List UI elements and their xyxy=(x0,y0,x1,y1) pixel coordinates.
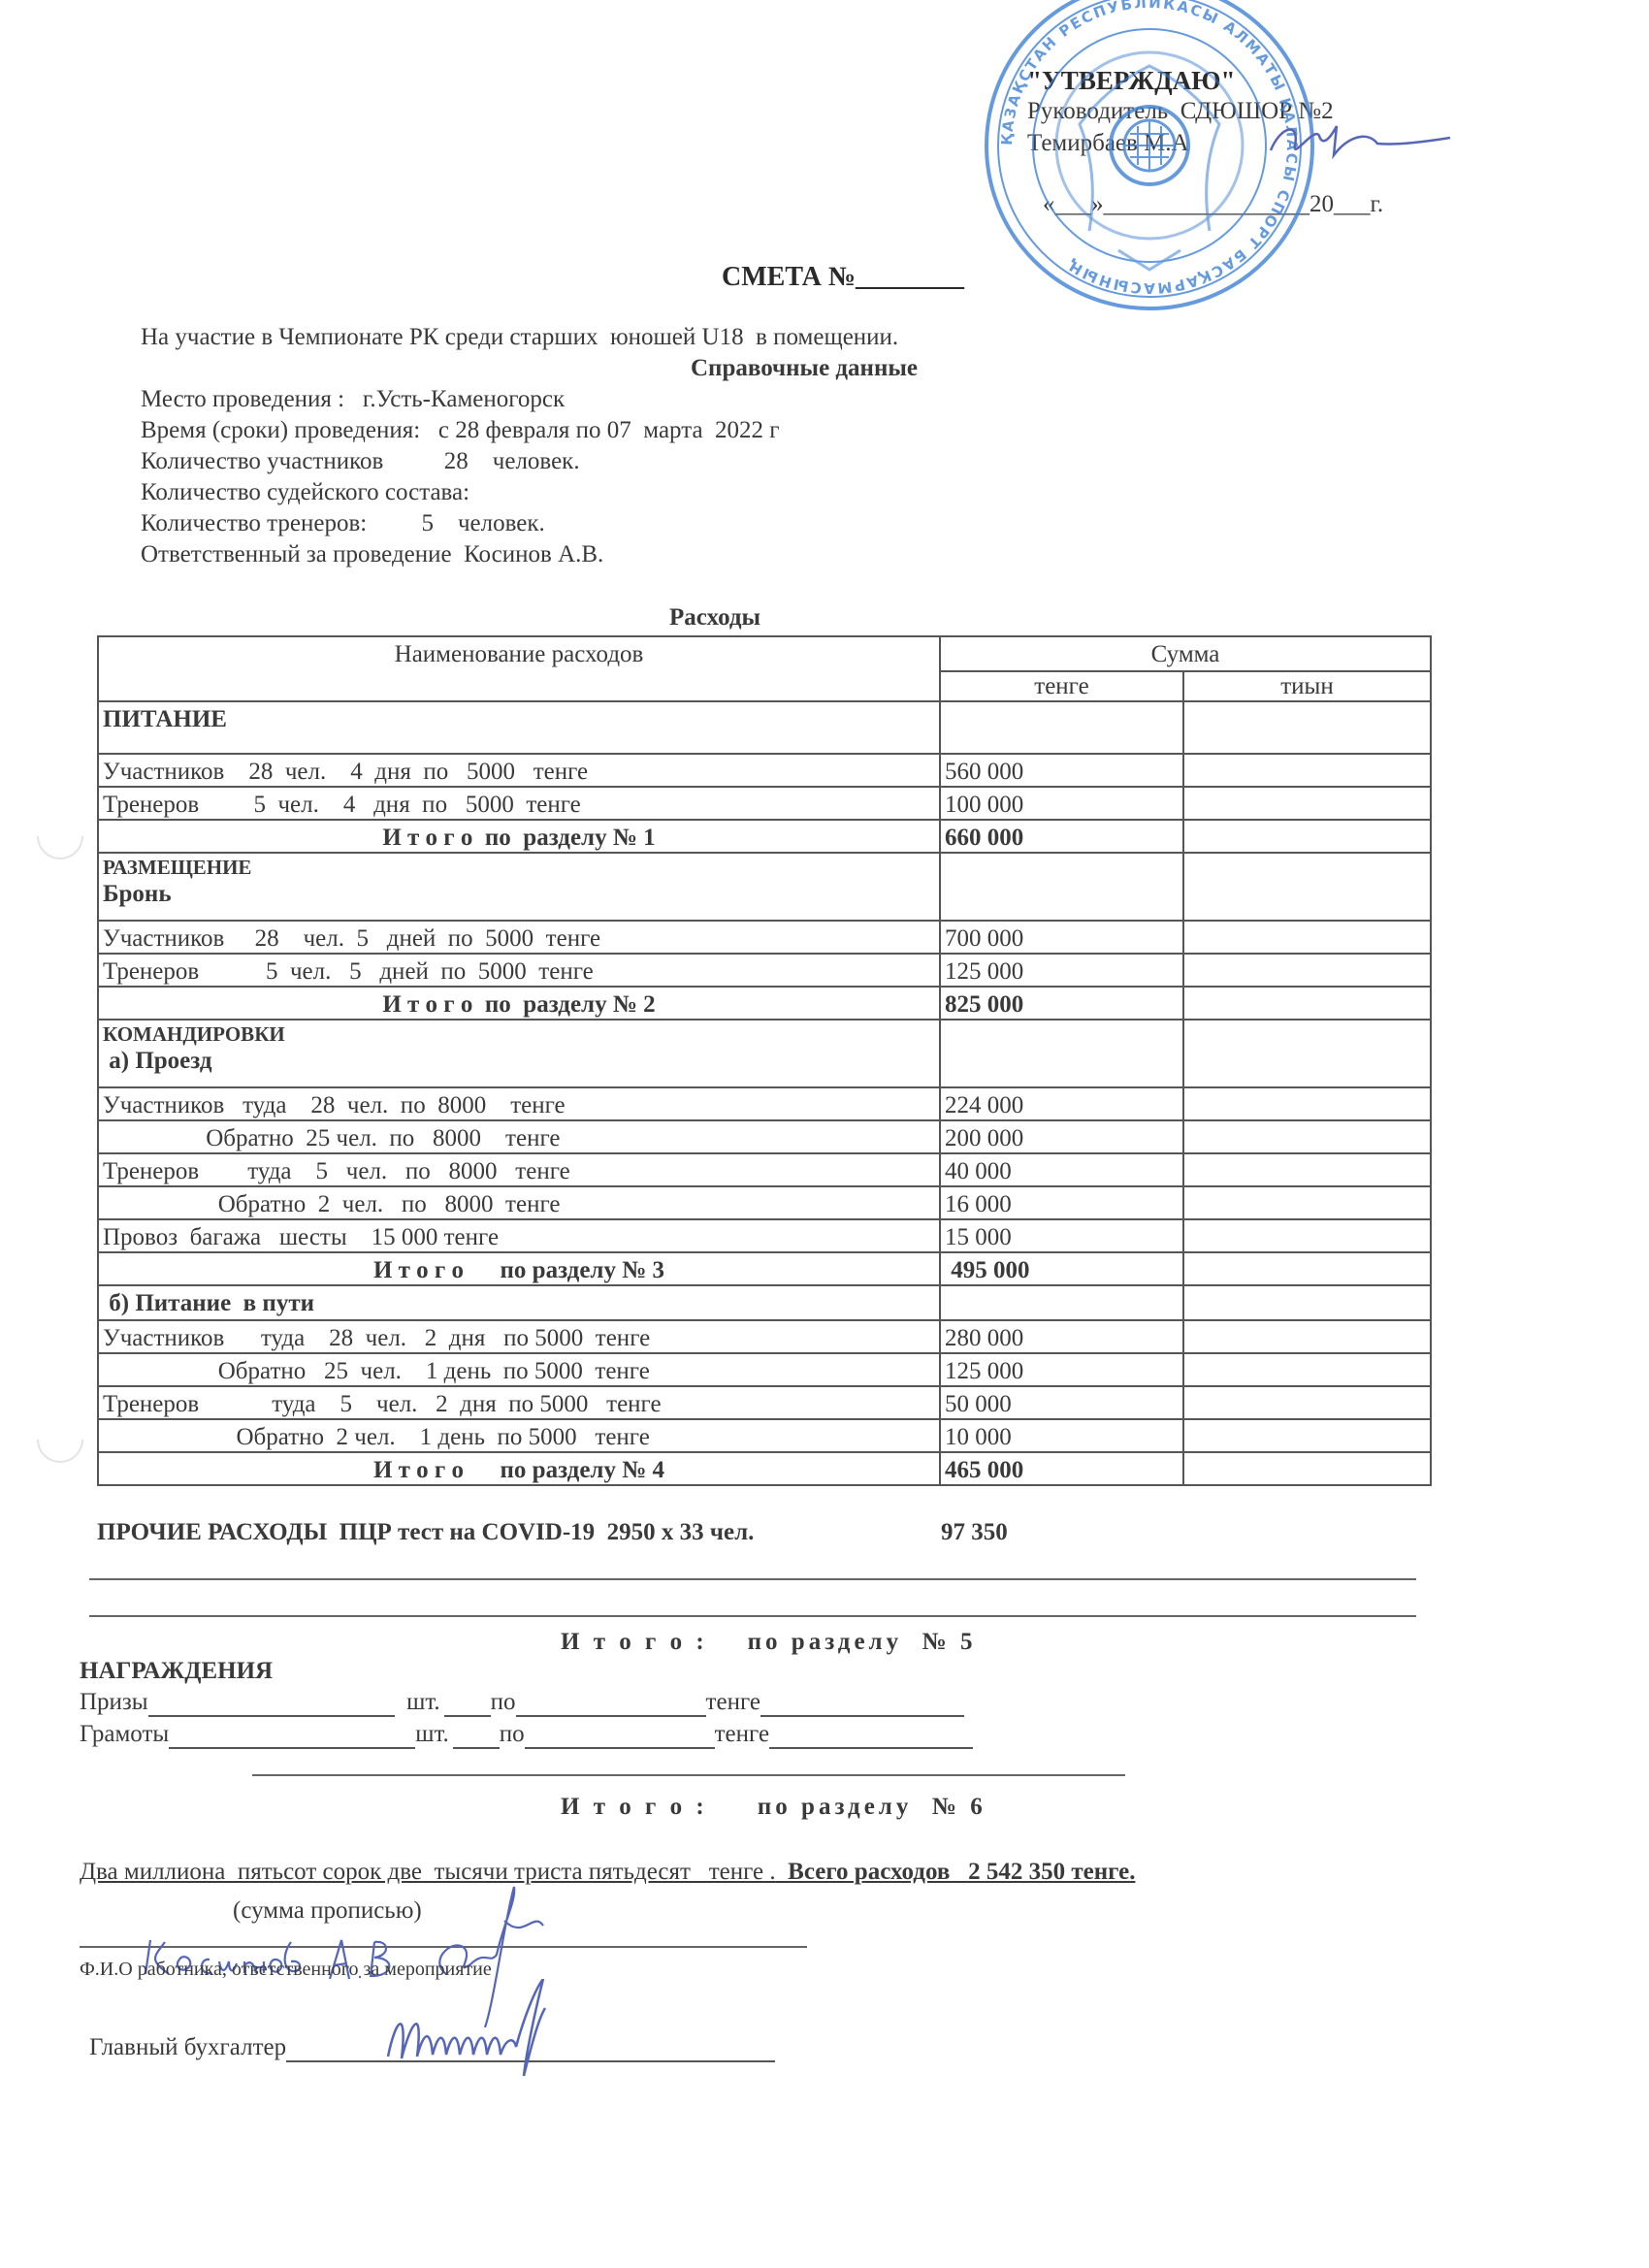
table-row: Обратно 2 чел. 1 день по 5000 тенге10 00… xyxy=(98,1419,1431,1452)
expense-name: РАЗМЕЩЕНИЕБронь xyxy=(98,853,940,921)
amount-tenge xyxy=(940,701,1183,754)
prizes-qty-field[interactable] xyxy=(444,1692,491,1717)
prizes-total-field[interactable] xyxy=(760,1692,964,1717)
blank-line xyxy=(89,1615,1416,1617)
awards-diplomas-line: Грамотышт.потенге xyxy=(80,1720,973,1749)
amount-tenge: 825 000 xyxy=(940,987,1183,1020)
expense-name: Провоз багажа шесты 15 000 тенге xyxy=(98,1219,940,1252)
table-row: Провоз багажа шесты 15 000 тенге15 000 xyxy=(98,1219,1431,1252)
amount-tenge: 15 000 xyxy=(940,1219,1183,1252)
expense-name: И т о г о по разделу № 1 xyxy=(98,820,940,853)
table-row: Тренеров туда 5 чел. по 8000 тенге40 000 xyxy=(98,1153,1431,1186)
amount-tenge xyxy=(940,853,1183,921)
amount-tiyn xyxy=(1183,1153,1431,1186)
header-name: Наименование расходов xyxy=(98,636,940,701)
reference-participants: Количество участников 28 человек. xyxy=(141,447,580,476)
expense-name: И т о г о по разделу № 4 xyxy=(98,1452,940,1485)
table-row: Обратно 2 чел. по 8000 тенге16 000 xyxy=(98,1186,1431,1219)
responsible-caption: Ф.И.О работника, ответственного за мероп… xyxy=(80,1959,492,1981)
amount-tenge: 280 000 xyxy=(940,1320,1183,1353)
total-in-words: Два миллиона пятьсот сорок две тысячи тр… xyxy=(80,1858,1135,1887)
prizes-price-field[interactable] xyxy=(516,1692,706,1717)
approval-name: Темирбаев М.А xyxy=(1027,129,1189,158)
section-6-total: И т о г о : по разделу № 6 xyxy=(561,1793,986,1822)
amount-tiyn xyxy=(1183,954,1431,987)
amount-tenge: 224 000 xyxy=(940,1087,1183,1120)
expense-name: Тренеров 5 чел. 4 дня по 5000 тенге xyxy=(98,787,940,820)
amount-tiyn xyxy=(1183,987,1431,1020)
amount-tiyn xyxy=(1183,1452,1431,1485)
table-total-row: И т о г о по разделу № 1660 000 xyxy=(98,820,1431,853)
diplomas-price-field[interactable] xyxy=(525,1724,715,1749)
amount-tenge: 16 000 xyxy=(940,1186,1183,1219)
amount-tiyn xyxy=(1183,1020,1431,1087)
other-expenses-amount: 97 350 xyxy=(941,1518,1008,1547)
table-total-row: И т о г о по разделу № 2825 000 xyxy=(98,987,1431,1020)
sum-words-text: Два миллиона пятьсот сорок две тысячи тр… xyxy=(80,1859,776,1885)
amount-tiyn xyxy=(1183,701,1431,754)
diplomas-total-field[interactable] xyxy=(769,1724,973,1749)
table-total-row: И т о г о по разделу № 3 495 000 xyxy=(98,1252,1431,1285)
amount-tenge xyxy=(940,1285,1183,1320)
tenge-label: тенге xyxy=(715,1721,769,1747)
prizes-count-field[interactable] xyxy=(148,1692,395,1717)
approval-date-line: «___»_________________20___г. xyxy=(1043,190,1383,219)
table-row: Тренеров 5 чел. 4 дня по 5000 тенге100 0… xyxy=(98,787,1431,820)
amount-tiyn xyxy=(1183,1320,1431,1353)
reference-venue: Место проведения : г.Усть-Каменогорск xyxy=(141,385,565,414)
table-row: Обратно 25 чел. 1 день по 5000 тенге125 … xyxy=(98,1353,1431,1386)
pcs-label: шт. xyxy=(406,1689,440,1715)
section-title: РАЗМЕЩЕНИЕ xyxy=(103,854,935,881)
expense-name: Обратно 25 чел. по 8000 тенге xyxy=(98,1120,940,1153)
expense-name: Участников 28 чел. 5 дней по 5000 тенге xyxy=(98,921,940,954)
document-purpose: На участие в Чемпионате РК среди старших… xyxy=(141,323,898,352)
tenge-label: тенге xyxy=(706,1689,760,1715)
table-row: Участников 28 чел. 4 дня по 5000 тенге56… xyxy=(98,754,1431,787)
table-section-row: КОМАНДИРОВКИ а) Проезд xyxy=(98,1020,1431,1087)
blank-line xyxy=(252,1774,1125,1776)
reference-coaches: Количество тренеров: 5 человек. xyxy=(141,509,545,538)
table-row: Тренеров 5 чел. 5 дней по 5000 тенге125 … xyxy=(98,954,1431,987)
accountant-signature-icon xyxy=(369,1979,660,2086)
section-subtitle: а) Проезд xyxy=(103,1048,935,1075)
accountant-signature-field[interactable] xyxy=(286,2037,775,2062)
per-label: по xyxy=(491,1689,516,1715)
expense-name: Участников туда 28 чел. по 8000 тенге xyxy=(98,1087,940,1120)
table-row: Участников туда 28 чел. по 8000 тенге224… xyxy=(98,1087,1431,1120)
document-title: СМЕТА №________ xyxy=(722,262,964,293)
table-row: Участников туда 28 чел. 2 дня по 5000 те… xyxy=(98,1320,1431,1353)
table-section-row: РАЗМЕЩЕНИЕБронь xyxy=(98,853,1431,921)
amount-tiyn xyxy=(1183,820,1431,853)
expense-name: Тренеров туда 5 чел. 2 дня по 5000 тенге xyxy=(98,1386,940,1419)
per-label: по xyxy=(500,1721,525,1747)
amount-tenge: 50 000 xyxy=(940,1386,1183,1419)
accountant-label: Главный бухгалтер xyxy=(89,2034,286,2060)
expense-name: Участников туда 28 чел. 2 дня по 5000 те… xyxy=(98,1320,940,1353)
amount-tiyn xyxy=(1183,1087,1431,1120)
sum-words-caption: (сумма прописью) xyxy=(233,1896,422,1926)
grand-total: Всего расходов 2 542 350 тенге. xyxy=(776,1859,1136,1885)
expense-name: КОМАНДИРОВКИ а) Проезд xyxy=(98,1020,940,1087)
amount-tiyn xyxy=(1183,1419,1431,1452)
expense-name: Обратно 25 чел. 1 день по 5000 тенге xyxy=(98,1353,940,1386)
signature-line xyxy=(80,1946,807,1948)
amount-tenge: 660 000 xyxy=(940,820,1183,853)
header-tiyn: тиын xyxy=(1183,671,1431,701)
diplomas-label: Грамоты xyxy=(80,1721,169,1747)
other-expenses-label: ПРОЧИЕ РАСХОДЫ ПЦР тест на COVID-19 2950… xyxy=(97,1518,754,1547)
expense-name: Участников 28 чел. 4 дня по 5000 тенге xyxy=(98,754,940,787)
pcs-label: шт. xyxy=(415,1721,449,1747)
header-tenge: тенге xyxy=(940,671,1183,701)
amount-tenge: 465 000 xyxy=(940,1452,1183,1485)
expenses-title: Расходы xyxy=(669,603,760,632)
amount-tiyn xyxy=(1183,1285,1431,1320)
amount-tenge: 40 000 xyxy=(940,1153,1183,1186)
amount-tiyn xyxy=(1183,1219,1431,1252)
table-row: Участников 28 чел. 5 дней по 5000 тенге7… xyxy=(98,921,1431,954)
hole-punch-mark xyxy=(27,1407,93,1473)
expense-name: И т о г о по разделу № 2 xyxy=(98,987,940,1020)
table-row: Тренеров туда 5 чел. 2 дня по 5000 тенге… xyxy=(98,1386,1431,1419)
amount-tiyn xyxy=(1183,1386,1431,1419)
awards-prizes-line: Призы шт.потенге xyxy=(80,1688,964,1717)
amount-tenge: 125 000 xyxy=(940,1353,1183,1386)
prizes-label: Призы xyxy=(80,1689,148,1715)
reference-judges: Количество судейского состава: xyxy=(141,478,469,507)
amount-tenge: 700 000 xyxy=(940,921,1183,954)
table-total-row: И т о г о по разделу № 4465 000 xyxy=(98,1452,1431,1485)
section-5-total: И т о г о : по разделу № 5 xyxy=(561,1628,976,1657)
amount-tiyn xyxy=(1183,921,1431,954)
amount-tiyn xyxy=(1183,1353,1431,1386)
expense-name: И т о г о по разделу № 3 xyxy=(98,1252,940,1285)
amount-tenge: 560 000 xyxy=(940,754,1183,787)
expenses-table: Наименование расходов Сумма тенге тиын П… xyxy=(97,635,1432,1486)
header-sum: Сумма xyxy=(940,636,1431,671)
diplomas-count-field[interactable] xyxy=(169,1724,415,1749)
expense-name: б) Питание в пути xyxy=(98,1285,940,1320)
reference-responsible: Ответственный за проведение Косинов А.В. xyxy=(141,540,603,569)
amount-tenge: 495 000 xyxy=(940,1252,1183,1285)
amount-tenge: 100 000 xyxy=(940,787,1183,820)
expense-name: Обратно 2 чел. 1 день по 5000 тенге xyxy=(98,1419,940,1452)
blank-line xyxy=(89,1578,1416,1580)
amount-tiyn xyxy=(1183,1120,1431,1153)
reference-dates: Время (сроки) проведения: с 28 февраля п… xyxy=(141,416,780,445)
amount-tiyn xyxy=(1183,787,1431,820)
approval-title: "УТВЕРЖДАЮ" xyxy=(1027,66,1236,95)
expense-name: Тренеров 5 чел. 5 дней по 5000 тенге xyxy=(98,954,940,987)
table-section-row: б) Питание в пути xyxy=(98,1285,1431,1320)
section-title: КОМАНДИРОВКИ xyxy=(103,1021,935,1048)
approval-role: Руководитель СДЮШОР №2 xyxy=(1027,97,1334,126)
amount-tiyn xyxy=(1183,1252,1431,1285)
expense-name: Тренеров туда 5 чел. по 8000 тенге xyxy=(98,1153,940,1186)
amount-tiyn xyxy=(1183,1186,1431,1219)
amount-tenge: 125 000 xyxy=(940,954,1183,987)
expense-name: ПИТАНИЕ xyxy=(98,701,940,754)
amount-tiyn xyxy=(1183,754,1431,787)
section-subtitle: Бронь xyxy=(103,881,935,908)
awards-title: НАГРАЖДЕНИЯ xyxy=(80,1657,273,1686)
amount-tiyn xyxy=(1183,853,1431,921)
table-row: Обратно 25 чел. по 8000 тенге200 000 xyxy=(98,1120,1431,1153)
amount-tenge xyxy=(940,1020,1183,1087)
hole-punch-mark xyxy=(27,803,93,869)
reference-title: Справочные данные xyxy=(691,354,918,383)
amount-tenge: 200 000 xyxy=(940,1120,1183,1153)
amount-tenge: 10 000 xyxy=(940,1419,1183,1452)
diplomas-qty-field[interactable] xyxy=(453,1724,500,1749)
expense-name: Обратно 2 чел. по 8000 тенге xyxy=(98,1186,940,1219)
accountant-line: Главный бухгалтер xyxy=(89,2033,775,2062)
table-section-row: ПИТАНИЕ xyxy=(98,701,1431,754)
